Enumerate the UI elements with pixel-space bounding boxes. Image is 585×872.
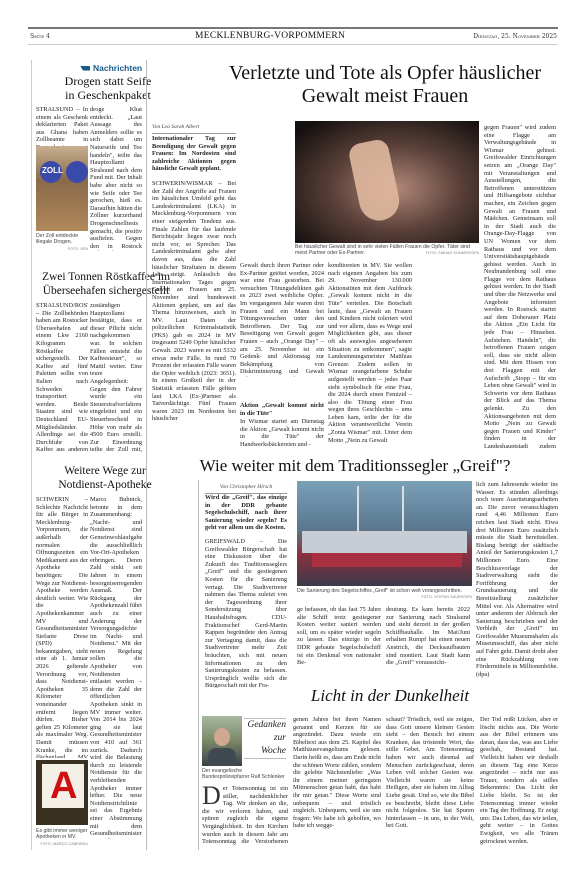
column-title: Gedanken zur Woche: [244, 718, 286, 759]
greif-photo: [297, 481, 472, 586]
lead-col2: Gewalt durch ihren Partner oder Ex-Partn…: [240, 262, 324, 377]
greif-col4: lich zum Jahresende wieder ins Wasser. E…: [476, 481, 558, 681]
story1-caption: Der Zoll entdeckte illegale Drogen. FOTO…: [36, 233, 88, 252]
greif-divider: [198, 480, 199, 850]
pharmacy-photo: A: [36, 760, 88, 825]
greif-col3: deutung. Es kam bereits 2022 zur Sanieru…: [386, 606, 470, 681]
dropcap: D: [202, 785, 221, 807]
story1-col1: STRALSUND – In einem als Geschenk deklar…: [36, 106, 88, 146]
lead-teaser: Internationaler Tag zur Beendigung der G…: [152, 135, 236, 173]
lead-headline: Verletzte und Tote als Opfer häuslicher …: [220, 62, 550, 108]
lead-col2b: In Wismar startet am Dienstag die Aktion…: [240, 418, 324, 448]
lead-col4: gegen Frauen" wird zudem eine Flagge am …: [484, 124, 556, 448]
story1-col2: droge Khat entdeckt. „Laut Aussage des A…: [90, 106, 142, 251]
lead-col1: SCHWERIN/WISMAR – Bei der Zahl der Angri…: [152, 180, 236, 442]
kicker-flag-icon: [80, 66, 90, 71]
header-bottom-rule: [28, 44, 558, 45]
greif-col2: ge befassen, ob das fast 75 Jahre alte S…: [297, 606, 381, 681]
page-number: Seite 4: [30, 33, 50, 40]
licht-col4: Der Tod reißt Lücken, aber er löscht nic…: [480, 716, 558, 846]
lead-photo-caption: Bei häuslicher Gewalt sind in sehr viele…: [295, 244, 479, 257]
header-top-rule: [28, 27, 558, 29]
story1-headline: Drogen statt Seife in Geschenkpaket: [62, 74, 154, 102]
greif-col1: GREIFSWALD – Die Greifswalder Bürgerscha…: [205, 538, 287, 688]
greif-teaser: Wird die „Greif", das einzige in der DDR…: [205, 494, 287, 532]
story3-headline: Weitere Wege zur Notdienst-Apotheke: [55, 464, 155, 492]
licht-col3: schaut? Tröstlich, weil sie zeigen, dass…: [386, 716, 474, 846]
section-title: MECKLENBURG-VORPOMMERN: [195, 31, 345, 41]
licht-col2: genen Jahres bei ihren Namen genannt und…: [293, 716, 381, 846]
author-caption: Der evangelische Bundespolizeipfarrer Ra…: [202, 768, 288, 781]
story3-col1: SCHWERIN – Schlechte Nachricht für alle …: [36, 496, 88, 758]
story2-col2: zuständigen Hauptzollamt bestätigte, das…: [90, 302, 142, 452]
story2-col1: STRALSUND/ROSTOCK – Die Zollbehörden hab…: [36, 302, 88, 452]
lead-subhead: Aktion „Gewalt kommt nicht in die Tüte": [240, 402, 324, 417]
story3-caption: Es gibt immer weniger Apotheken in MV. F…: [36, 828, 88, 847]
author-photo: [202, 716, 242, 766]
lead-byline: Von Lea Sarah Albert: [152, 124, 236, 134]
customs-photo: ZOLL: [36, 146, 88, 231]
greif-headline: Wie weiter mit dem Traditionssegler „Gre…: [150, 456, 560, 476]
greif-byline: Von Christopher Hirsch: [205, 484, 287, 494]
column-divider: [146, 60, 147, 850]
greif-photo-caption: Die Sanierung des Segelschiffes „Greif" …: [297, 588, 472, 601]
lead-col3: konditoreien in MV. Sie wollen nach eige…: [328, 262, 412, 448]
lead-photo: [295, 121, 479, 243]
licht-col1: D er Totensonntag ist ein stiller, nachd…: [202, 785, 288, 845]
news-kicker: Nachrichten: [80, 63, 142, 73]
issue-date: Dienstag, 25. November 2025: [473, 33, 557, 40]
licht-headline: Licht in der Dunkelheit: [290, 686, 490, 706]
story3-col2: Marco Bubnick, betonte in dem Zusammenha…: [90, 496, 142, 839]
